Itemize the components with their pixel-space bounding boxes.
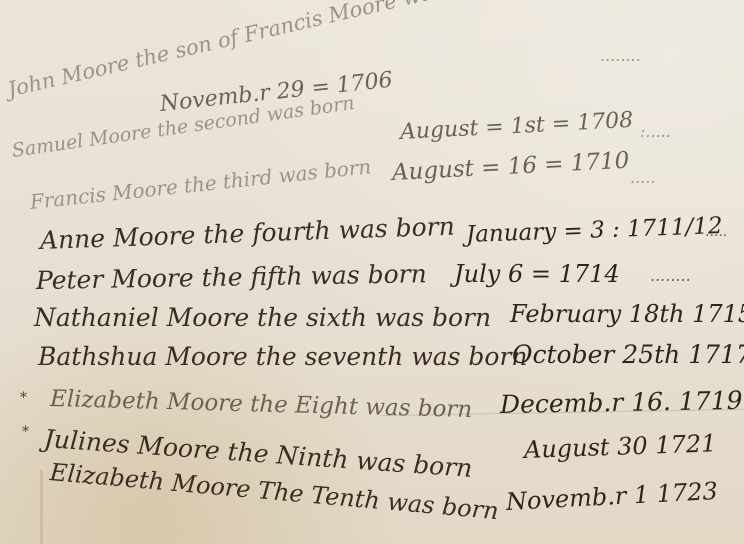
entry-anne-trail: .....: [705, 224, 727, 240]
entry-elizabeth-eighth-date: Decemb.r 16. 1719: [500, 386, 743, 419]
entry-samuel-trail: :.....: [640, 122, 671, 141]
entry-nathaniel-date: February 18th 1715/6: [510, 300, 744, 328]
entry-elizabeth-eighth-text: Elizabeth Moore the Eight was born: [50, 386, 473, 423]
entry-samuel-date: August = 1st = 1708: [399, 108, 633, 145]
manuscript-page: John Moore the son of Francis Moore was …: [0, 0, 744, 544]
entry-john-trail: ........: [600, 46, 641, 65]
entry-bathshua-text: Bathshua Moore the seventh was born: [38, 342, 528, 371]
entry-francis-trail: .....: [630, 168, 655, 187]
entry-nathaniel-text: Nathaniel Moore the sixth was born: [34, 303, 491, 332]
entry-peter-date: July 6 = 1714: [454, 260, 620, 288]
entry-peter-text: Peter Moore the fifth was born: [36, 259, 427, 295]
entry-julines-date: August 30 1721: [524, 429, 717, 464]
entry-elizabeth-tenth-date: Novemb.r 1 1723: [505, 477, 718, 516]
entry-peter-trail: ........: [650, 266, 691, 285]
entry-francis-date: August = 16 = 1710: [391, 148, 630, 186]
asterisk-marker: *: [20, 390, 27, 406]
paper-stain: [40, 470, 43, 544]
entry-anne-text: Anne Moore the fourth was born: [39, 212, 455, 255]
entry-bathshua-date: October 25th 1717: [512, 340, 744, 369]
entry-francis-text: Francis Moore the third was born: [29, 154, 373, 214]
entry-anne-date: January = 3 : 1711/12: [466, 213, 723, 248]
asterisk-marker: *: [22, 424, 29, 440]
